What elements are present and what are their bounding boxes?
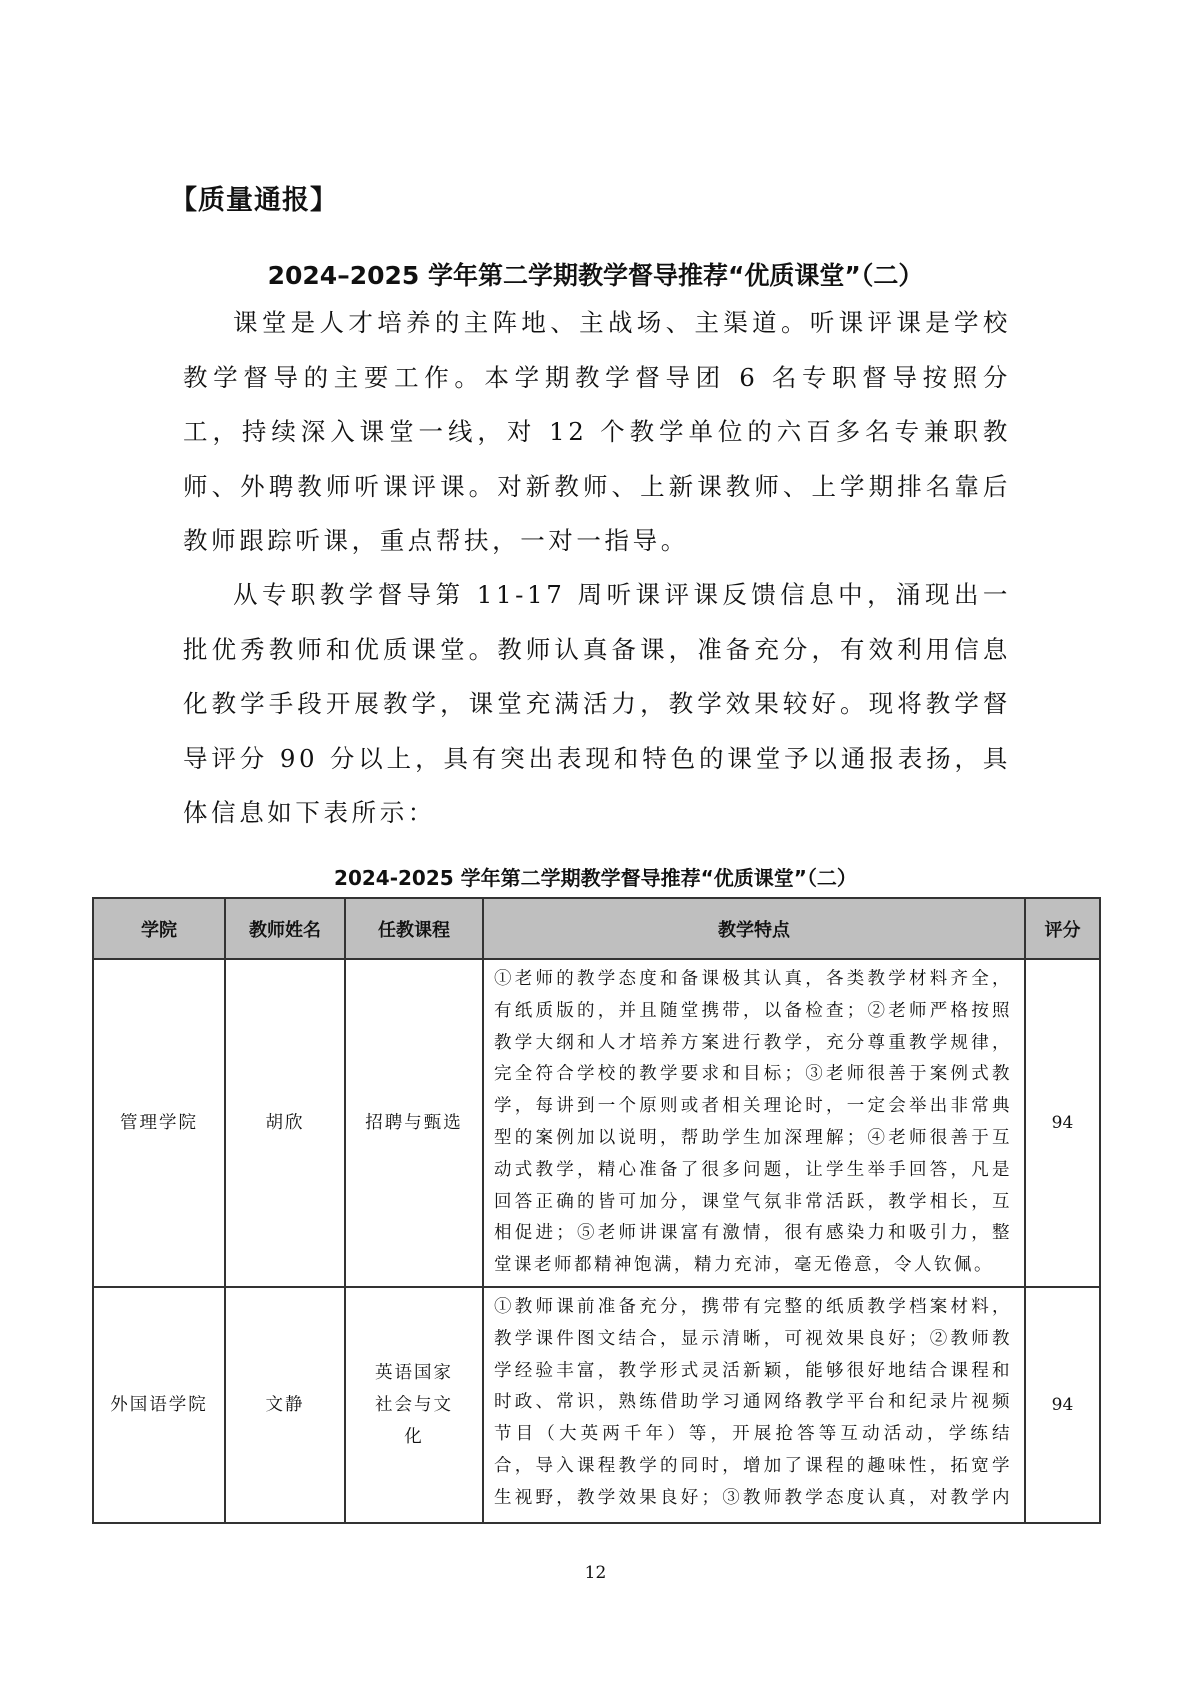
table-header-row: 学院 教师姓名 任教课程 教学特点 评分: [93, 898, 1100, 959]
cell-features: ①教师课前准备充分，携带有完整的纸质教学档案材料，教学课件图文结合，显示清晰，可…: [483, 1287, 1025, 1523]
cell-teacher: 胡欣: [225, 959, 345, 1287]
cell-college: 管理学院: [93, 959, 225, 1287]
header-teacher: 教师姓名: [225, 898, 345, 959]
section-tag: 【质量通报】: [170, 178, 338, 217]
features-text: ①教师课前准备充分，携带有完整的纸质教学档案材料，教学课件图文结合，显示清晰，可…: [494, 1292, 1012, 1514]
table-caption: 2024-2025 学年第二学期教学督导推荐“优质课堂”（二）: [0, 862, 1191, 891]
page-number: 12: [0, 1563, 1191, 1583]
teacher-name: 文静: [266, 1395, 305, 1415]
intro-paragraph-2: 从专职教学督导第 11-17 周听课评课反馈信息中，涌现出一批优秀教师和优质课堂…: [183, 568, 1011, 841]
cell-course: 招聘与甄选: [345, 959, 483, 1287]
header-college: 学院: [93, 898, 225, 959]
course-name: 英语国家社会与文化: [346, 1357, 482, 1453]
recommendation-table: 学院 教师姓名 任教课程 教学特点 评分 管理学院 胡欣 招聘与甄选 ①老师的教…: [92, 897, 1101, 1524]
document-title: 2024–2025 学年第二学期教学督导推荐“优质课堂”（二）: [0, 256, 1191, 292]
cell-features: ①老师的教学态度和备课极其认真，各类教学材料齐全，有纸质版的，并且随堂携带，以备…: [483, 959, 1025, 1287]
cell-college: 外国语学院: [93, 1287, 225, 1523]
cell-score: 94: [1025, 959, 1100, 1287]
cell-teacher: 文静: [225, 1287, 345, 1523]
intro-paragraph-1: 课堂是人才培养的主阵地、主战场、主渠道。听课评课是学校教学督导的主要工作。本学期…: [183, 296, 1011, 569]
cell-score: 94: [1025, 1287, 1100, 1523]
table-row: 外国语学院 文静 英语国家社会与文化 ①教师课前准备充分，携带有完整的纸质教学档…: [93, 1287, 1100, 1523]
header-score: 评分: [1025, 898, 1100, 959]
header-features: 教学特点: [483, 898, 1025, 959]
cell-course: 英语国家社会与文化: [345, 1287, 483, 1523]
table-row: 管理学院 胡欣 招聘与甄选 ①老师的教学态度和备课极其认真，各类教学材料齐全，有…: [93, 959, 1100, 1287]
header-course: 任教课程: [345, 898, 483, 959]
